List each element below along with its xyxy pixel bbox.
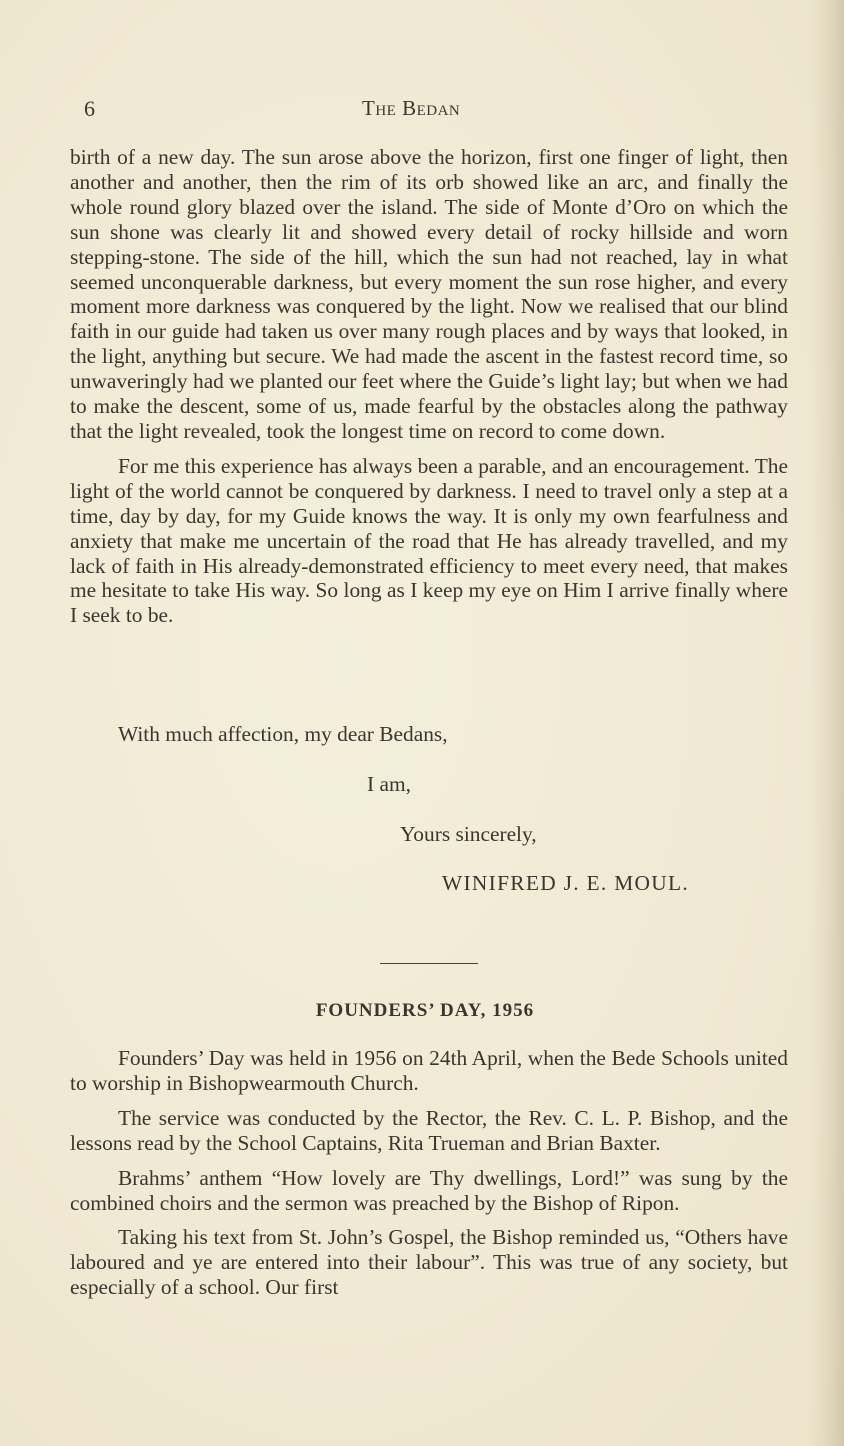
section-paragraph: Founders’ Day was held in 1956 on 24th A… [70, 1046, 788, 1096]
page-number: 6 [84, 96, 95, 122]
letter-paragraph-continued: birth of a new day. The sun arose above … [70, 145, 788, 444]
section-paragraph: Taking his text from St. John’s Gospel, … [70, 1225, 788, 1300]
letter-paragraph: For me this experience has always been a… [70, 454, 788, 628]
journal-title: The Bedan [362, 96, 460, 121]
closing-i-am: I am, [367, 772, 411, 797]
closing-yours-sincerely: Yours sincerely, [400, 822, 537, 847]
salutation: With much affection, my dear Bedans, [118, 722, 448, 747]
section-paragraph: The service was conducted by the Rector,… [70, 1106, 788, 1156]
signature: WINIFRED J. E. MOUL. [442, 871, 689, 896]
letter-body: birth of a new day. The sun arose above … [70, 145, 788, 628]
book-page: 6 The Bedan birth of a new day. The sun … [0, 0, 844, 1446]
running-head: 6 The Bedan [84, 96, 784, 126]
section-heading-text: FOUNDERS’ DAY, 1956 [316, 1000, 534, 1021]
section-paragraph: Brahms’ anthem “How lovely are Thy dwell… [70, 1166, 788, 1216]
founders-day-body: Founders’ Day was held in 1956 on 24th A… [70, 1046, 788, 1310]
section-heading: FOUNDERS’ DAY, 1956 [0, 1000, 844, 1022]
section-divider [380, 963, 478, 964]
